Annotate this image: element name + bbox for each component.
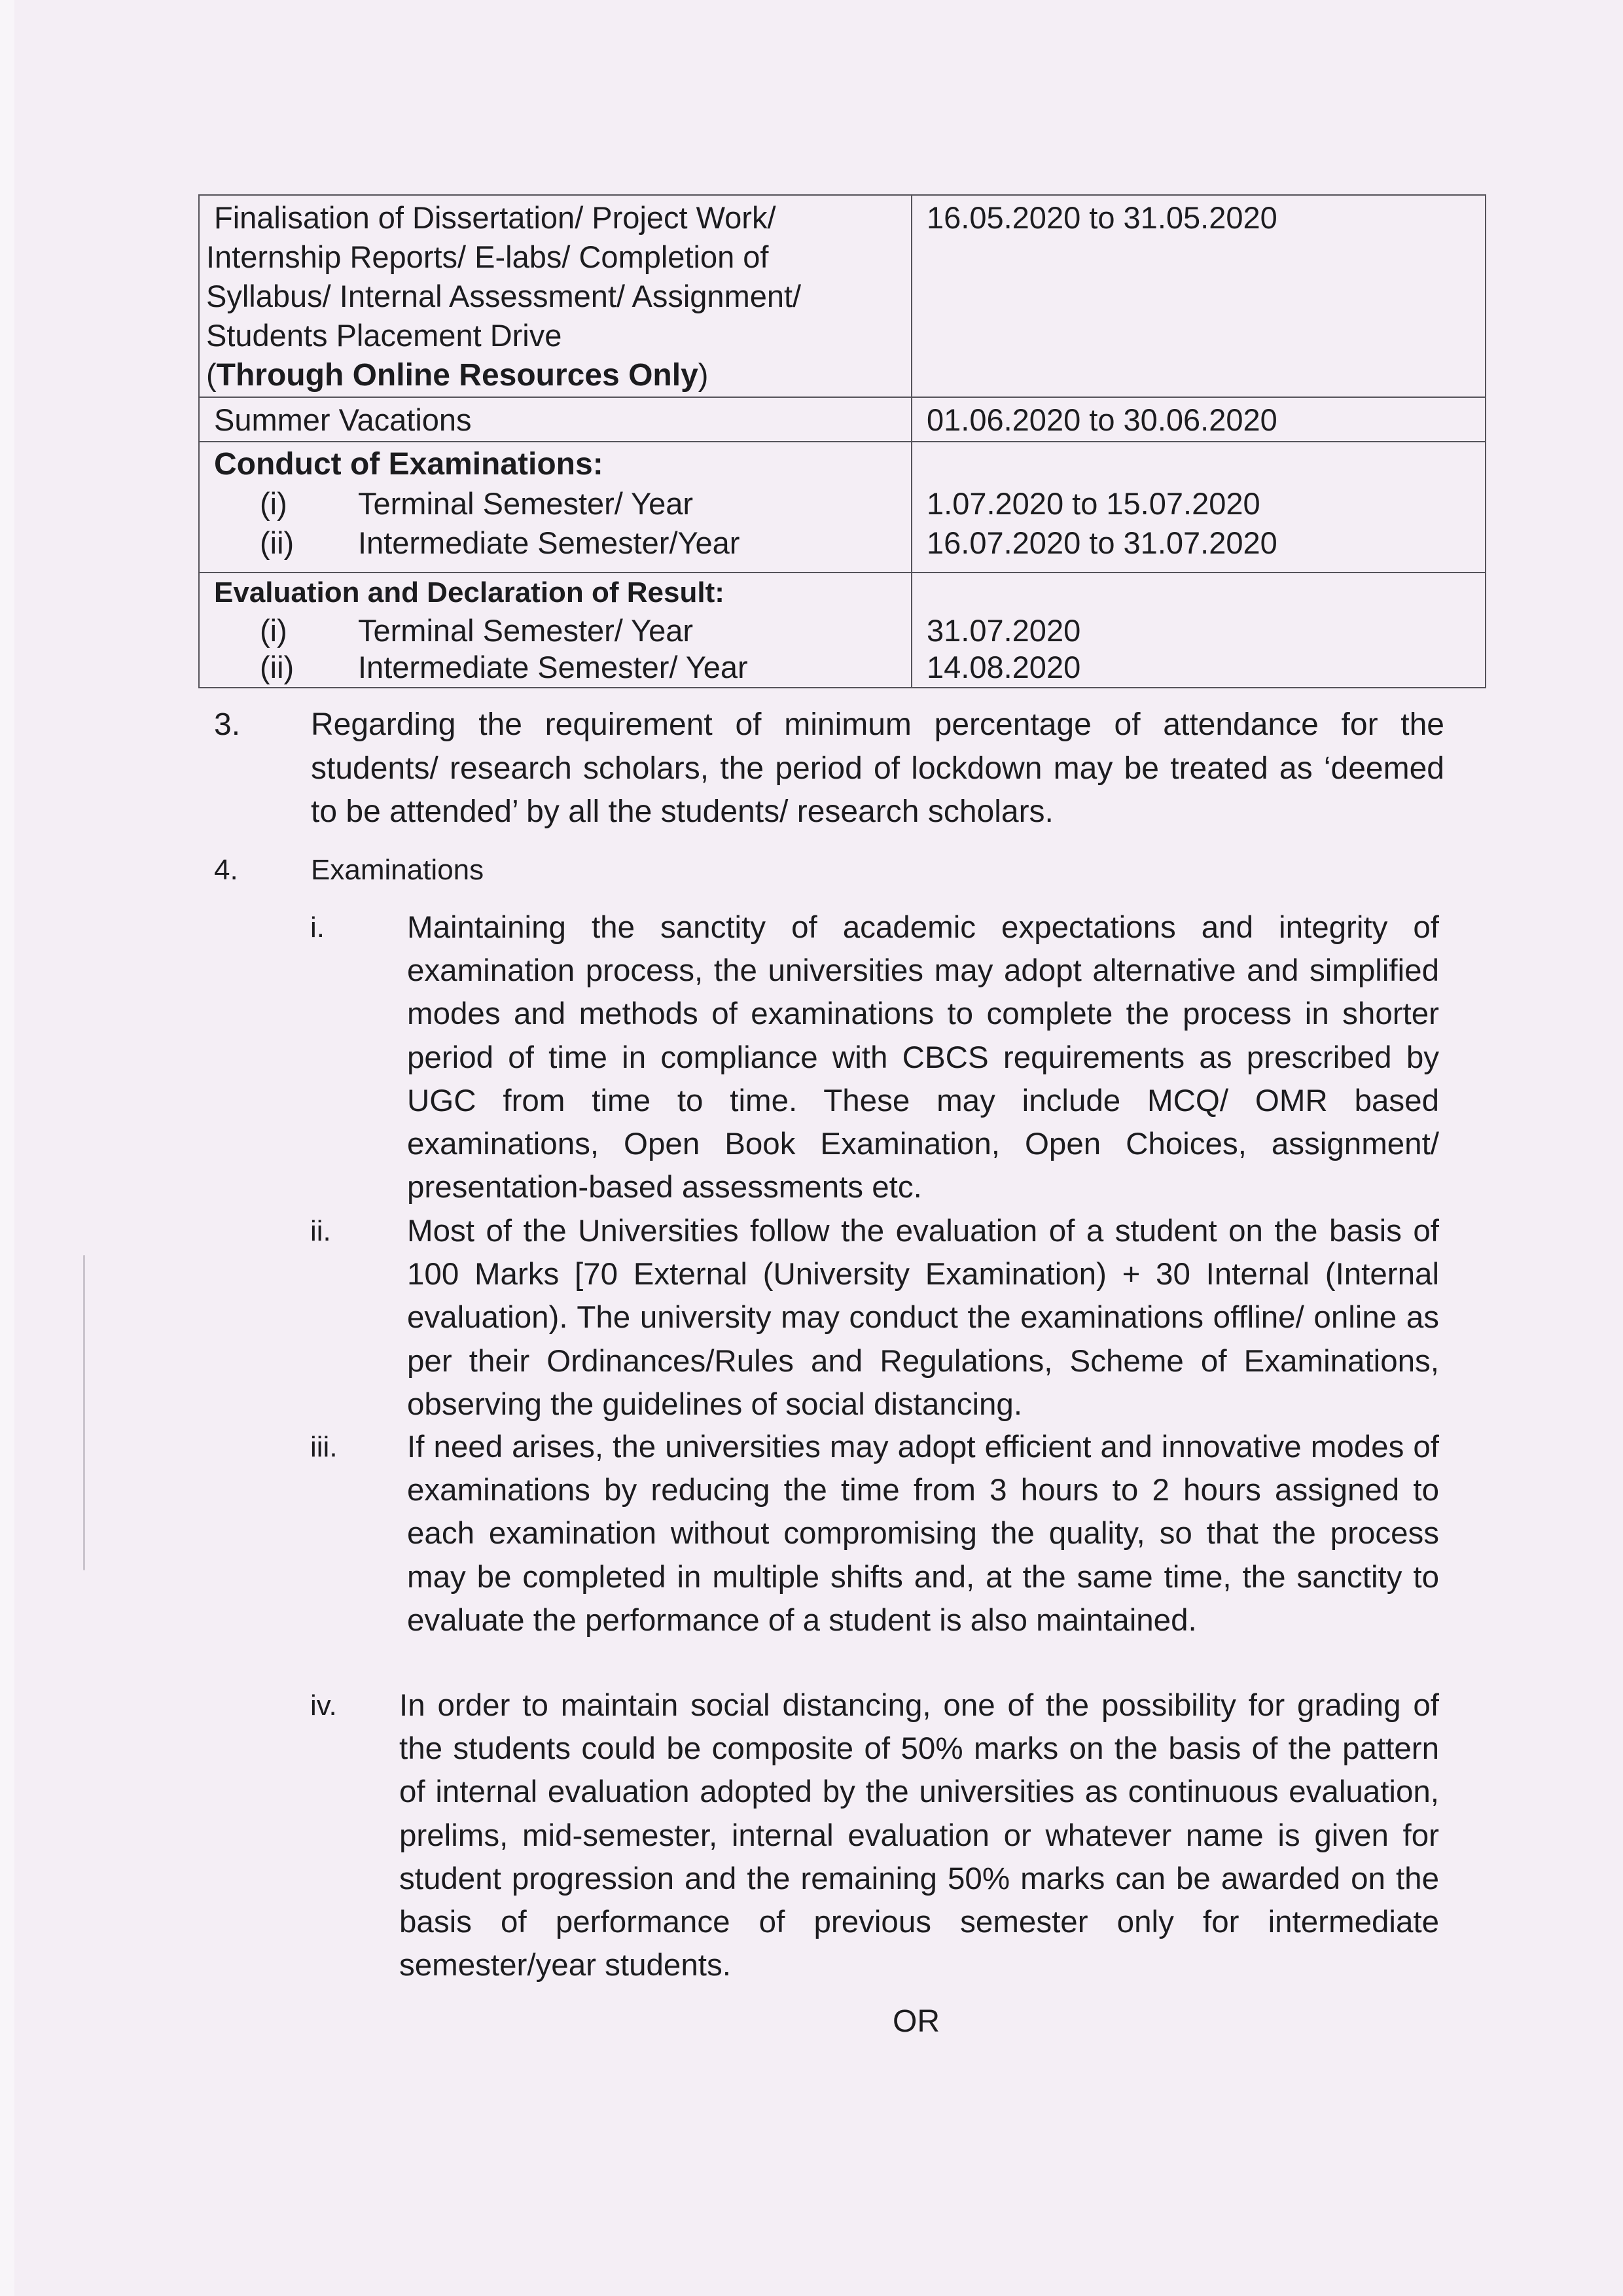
online-resources-note: Through Online Resources Only	[217, 358, 698, 393]
group-heading: Conduct of Examinations:	[214, 445, 903, 484]
activity-cell: Finalisation of Dissertation/ Project Wo…	[199, 195, 912, 397]
paragraph-number: 4.	[214, 849, 238, 892]
sub-activity-number: (i)	[214, 612, 358, 649]
item-text: Most of the Universities follow the eval…	[407, 1210, 1439, 1426]
exam-guideline-item: i. Maintaining the sanctity of academic …	[310, 906, 1439, 1209]
item-number: iii.	[310, 1426, 338, 1469]
exam-guideline-item: iv. In order to maintain social distanci…	[310, 1684, 1439, 1987]
sub-activity-label: Intermediate Semester/Year	[358, 523, 740, 563]
item-number: iv.	[310, 1684, 337, 1727]
paragraph-examinations: 4. Examinations	[214, 849, 1444, 892]
activity-line: Students Placement Drive	[206, 316, 903, 355]
dates-cell: 31.07.2020 14.08.2020	[912, 573, 1486, 688]
item-text: In order to maintain social distancing, …	[399, 1684, 1439, 1987]
sub-activity-number: (i)	[214, 484, 358, 523]
date-range: 16.05.2020 to 31.05.2020	[927, 198, 1478, 238]
scan-page-edge	[0, 0, 14, 2296]
scan-margin-mark	[83, 1255, 85, 1570]
date-range: 1.07.2020 to 15.07.2020	[927, 484, 1478, 523]
activity-label: Summer Vacations	[214, 402, 472, 437]
date-range: 01.06.2020 to 30.06.2020	[927, 400, 1478, 440]
item-number: i.	[310, 906, 325, 949]
item-number: ii.	[310, 1210, 331, 1253]
paragraph-text: Regarding the requirement of minimum per…	[311, 703, 1444, 834]
group-heading: Evaluation and Declaration of Result:	[214, 573, 903, 612]
sub-activity: (i) Terminal Semester/ Year	[214, 484, 903, 523]
activity-note: (Through Online Resources Only)	[206, 355, 903, 395]
table-row: Conduct of Examinations: (i) Terminal Se…	[199, 442, 1486, 573]
section-heading: Examinations	[311, 849, 1444, 892]
item-text: If need arises, the universities may ado…	[407, 1426, 1439, 1642]
table-row: Evaluation and Declaration of Result: (i…	[199, 573, 1486, 688]
dates-cell: 16.05.2020 to 31.05.2020	[912, 195, 1486, 397]
or-separator: OR	[0, 2000, 1623, 2043]
sub-activity-label: Terminal Semester/ Year	[358, 484, 693, 523]
activity-line: Finalisation of Dissertation/ Project Wo…	[206, 198, 903, 238]
exam-guideline-item: iii. If need arises, the universities ma…	[310, 1426, 1439, 1642]
sub-activity-number: (ii)	[214, 649, 358, 686]
academic-schedule-table: Finalisation of Dissertation/ Project Wo…	[198, 194, 1486, 688]
item-text: Maintaining the sanctity of academic exp…	[407, 906, 1439, 1209]
table-row: Summer Vacations 01.06.2020 to 30.06.202…	[199, 397, 1486, 442]
activity-line: Internship Reports/ E-labs/ Completion o…	[206, 238, 903, 277]
paragraph-number: 3.	[214, 703, 240, 747]
activity-cell: Summer Vacations	[199, 397, 912, 442]
sub-activity: (ii) Intermediate Semester/ Year	[214, 649, 903, 686]
exam-guideline-item: ii. Most of the Universities follow the …	[310, 1210, 1439, 1426]
dates-cell: 1.07.2020 to 15.07.2020 16.07.2020 to 31…	[912, 442, 1486, 573]
dates-cell: 01.06.2020 to 30.06.2020	[912, 397, 1486, 442]
result-date: 31.07.2020	[927, 612, 1478, 649]
activity-cell: Conduct of Examinations: (i) Terminal Se…	[199, 442, 912, 573]
table-row: Finalisation of Dissertation/ Project Wo…	[199, 195, 1486, 397]
sub-activity-number: (ii)	[214, 523, 358, 563]
activity-line: Syllabus/ Internal Assessment/ Assignmen…	[206, 277, 903, 316]
sub-activity-label: Intermediate Semester/ Year	[358, 649, 748, 686]
result-date: 14.08.2020	[927, 649, 1478, 686]
activity-cell: Evaluation and Declaration of Result: (i…	[199, 573, 912, 688]
sub-activity: (ii) Intermediate Semester/Year	[214, 523, 903, 563]
date-range: 16.07.2020 to 31.07.2020	[927, 523, 1478, 563]
sub-activity: (i) Terminal Semester/ Year	[214, 612, 903, 649]
sub-activity-label: Terminal Semester/ Year	[358, 612, 693, 649]
paragraph-attendance: 3. Regarding the requirement of minimum …	[214, 703, 1444, 834]
